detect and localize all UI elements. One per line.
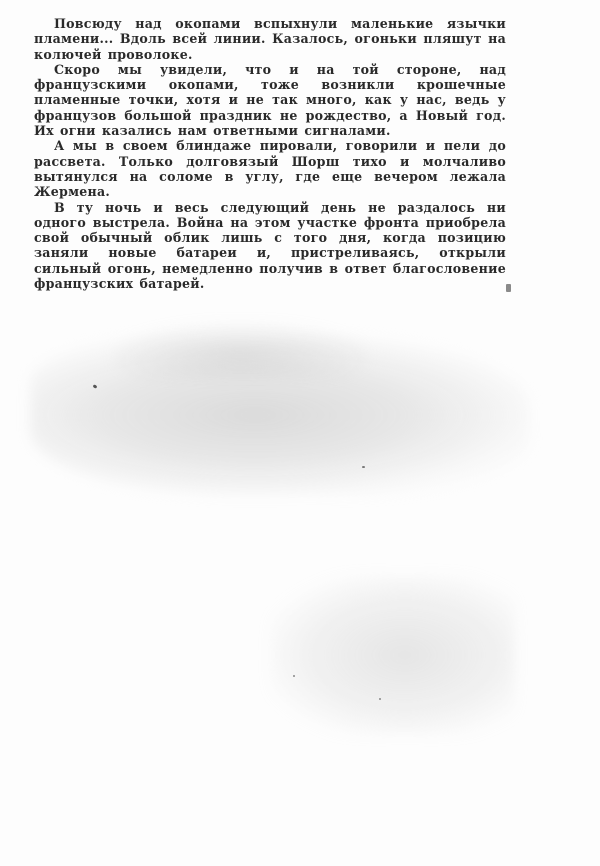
body-text: Повсюду над окопами вспыхнули маленькие … (34, 16, 506, 291)
paragraph: В ту ночь и весь следующий день не разда… (34, 200, 506, 292)
ink-smudge (30, 335, 530, 495)
dust-speck (506, 284, 511, 292)
ink-smudge (110, 320, 370, 380)
dust-speck (379, 698, 381, 700)
ink-smudge (270, 575, 515, 735)
dust-speck (93, 384, 98, 389)
dust-speck (293, 675, 295, 677)
paragraph: Повсюду над окопами вспыхнули маленькие … (34, 16, 506, 62)
paragraph: Скоро мы увидели, что и на той стороне, … (34, 62, 506, 138)
dust-speck (362, 466, 365, 468)
paragraph: А мы в своем блиндаже пировали, говорили… (34, 138, 506, 199)
scanned-page: Повсюду над окопами вспыхнули маленькие … (0, 0, 600, 866)
